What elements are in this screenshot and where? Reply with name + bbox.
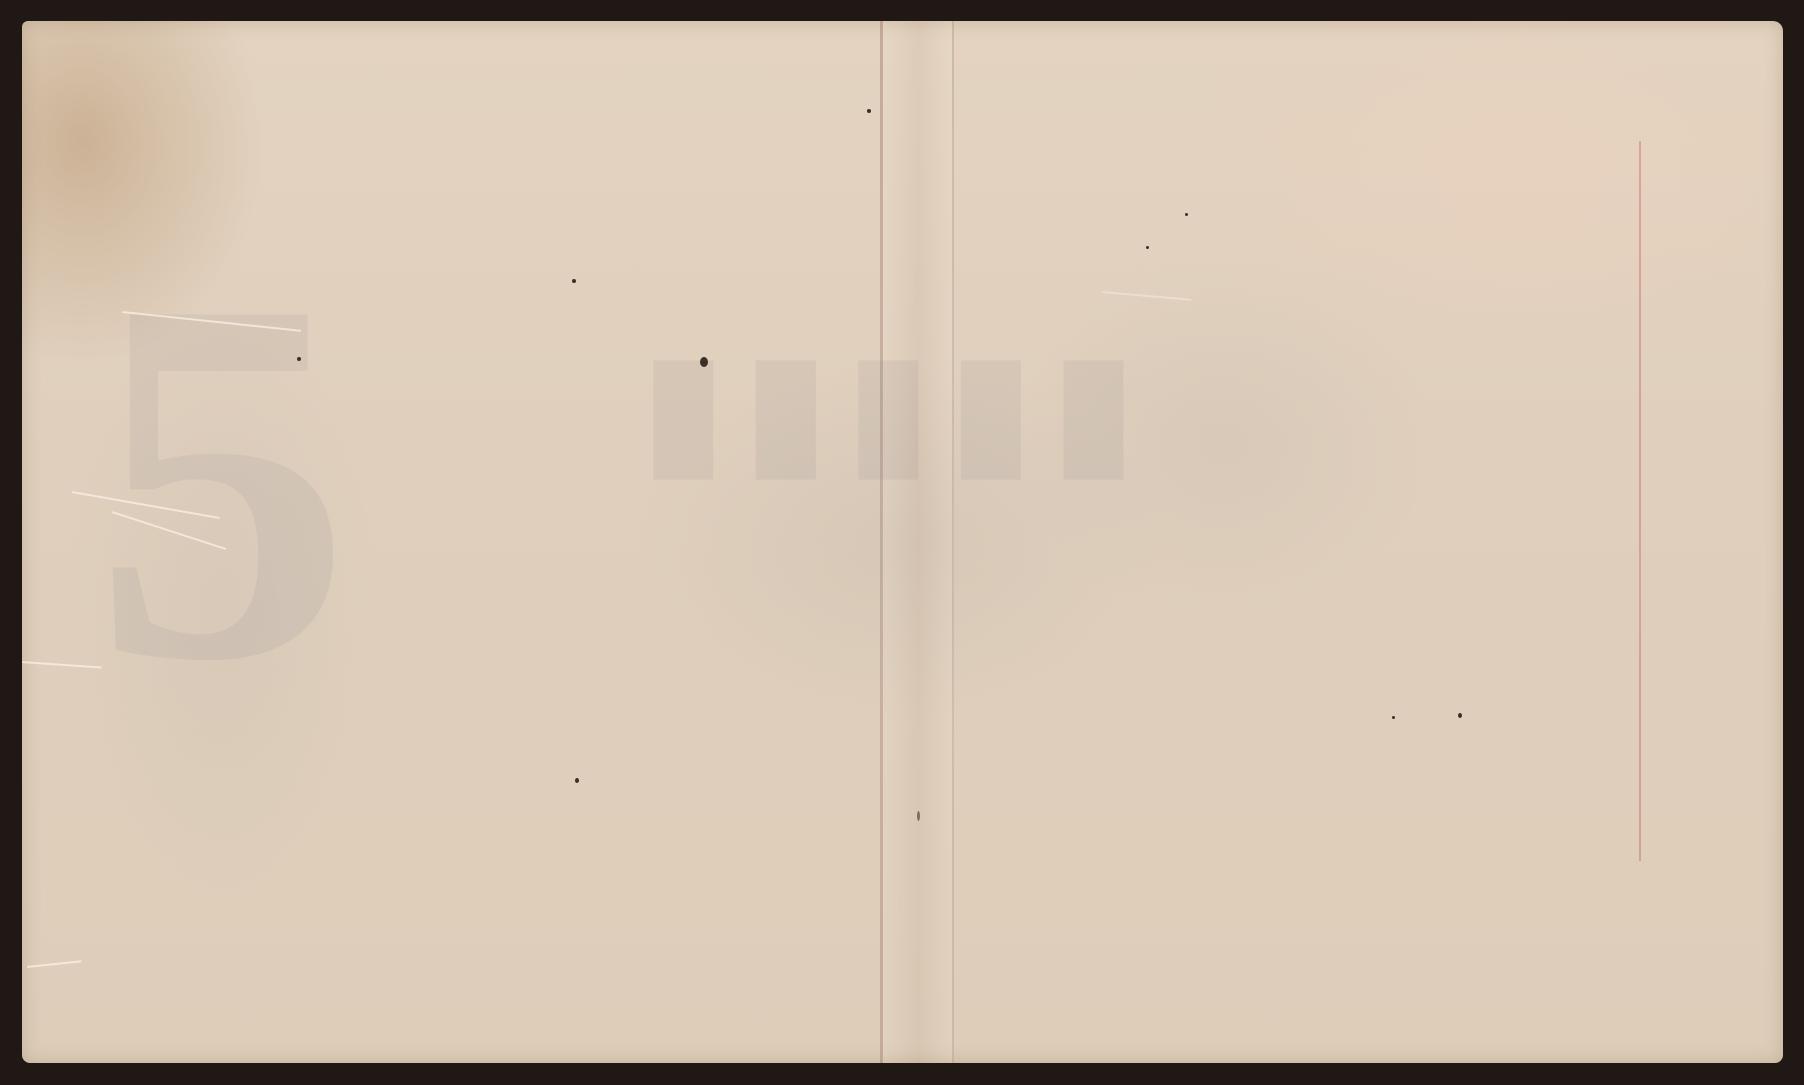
speck — [917, 811, 920, 821]
crease — [72, 491, 220, 519]
show-through-numeral: 5 — [92, 221, 352, 741]
crease — [27, 960, 82, 968]
secondary-fold-line — [952, 21, 954, 1063]
crease — [1102, 291, 1192, 301]
speck — [1185, 213, 1188, 216]
banknote-reverse: 5 ▮▮▮▮▮ — [22, 21, 1783, 1063]
speck — [297, 357, 301, 361]
fold-shade — [882, 21, 954, 1063]
speck — [1392, 716, 1395, 719]
red-rule-line — [1639, 141, 1641, 861]
center-fold-line — [880, 21, 883, 1063]
speck — [1458, 713, 1462, 718]
speck — [575, 778, 579, 783]
speck — [572, 279, 576, 283]
speck — [1146, 246, 1149, 249]
crease — [22, 661, 102, 669]
speck — [867, 109, 871, 113]
crease — [122, 311, 301, 332]
speck — [700, 357, 708, 367]
